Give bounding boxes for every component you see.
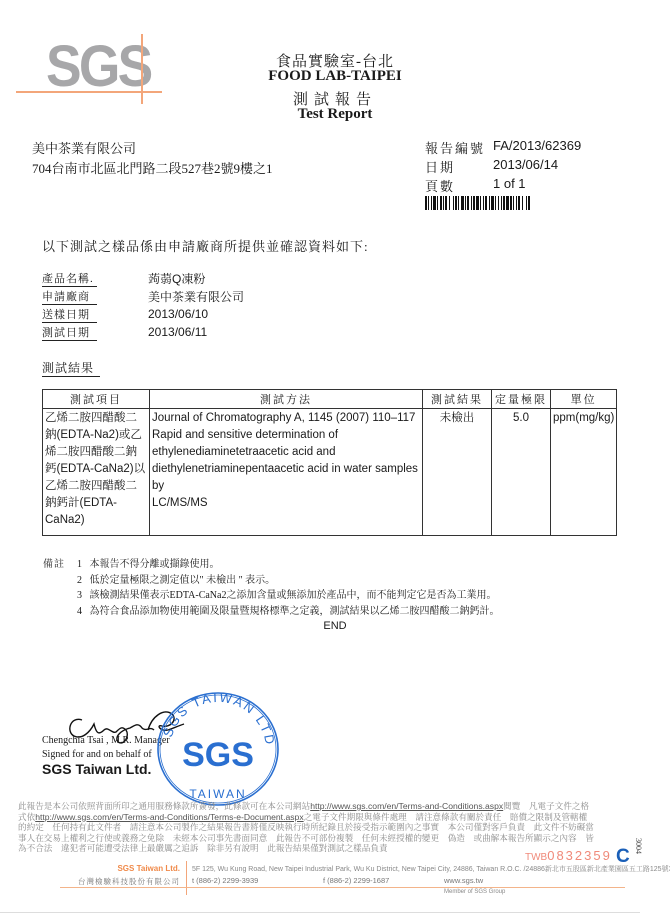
report-title-en: Test Report	[0, 106, 670, 123]
cell-method: Journal of Chromatography A, 1145 (2007)…	[150, 409, 423, 536]
results-title-text: 測試結果	[42, 359, 100, 377]
company-stamp: SGS TAIWAN LTD SGS TAIWAN	[148, 686, 286, 808]
footer-rule	[60, 887, 625, 888]
info-row-received: 送樣日期 2013/06/10	[42, 305, 244, 323]
footer-fax: f (886-2) 2299-1687	[323, 876, 389, 885]
results-title: 測試結果	[42, 359, 100, 377]
meta-value: 2013/06/14	[493, 157, 558, 176]
col-header-loq: 定量極限	[492, 390, 551, 409]
note-item: 2 低於定量極限之測定值以" 未檢出 " 表示。	[77, 573, 500, 589]
info-label: 產品名稱.	[42, 270, 97, 287]
intro-text: 以下測試之樣品係由申請廠商所提供並確認資料如下:	[42, 236, 369, 255]
cell-loq: 5.0	[492, 409, 551, 536]
info-row-applicant: 申請廠商 美中茶業有限公司	[42, 287, 244, 305]
terms-e-document-link[interactable]: http://www.sgs.com/en/Terms-and-Conditio…	[35, 812, 303, 822]
signed-on-behalf: Signed for and on behalf of	[42, 749, 152, 760]
notes: 備註 1 本報告不得分離或擷錄使用。 2 低於定量極限之測定值以" 未檢出 " …	[43, 557, 500, 619]
method-line: ethylenediaminetetraacetic acid and	[152, 444, 420, 461]
client-block: 美中茶業有限公司 704台南市北區北門路二段527巷2號9樓之1	[32, 139, 273, 179]
col-header-unit: 單位	[551, 390, 617, 409]
note-item: 3 該檢測結果僅表示EDTA-CaNa2之添加含量或無添加於產品中，而不能判定它…	[77, 588, 500, 604]
cell-item: 乙烯二胺四醋酸二鈉(EDTA-Na2)或乙烯二胺四醋酸二鈉鈣(EDTA-CaNa…	[43, 409, 150, 536]
info-value: 美中茶業有限公司	[148, 288, 244, 305]
col-header-result: 測試結果	[423, 390, 492, 409]
method-line: Journal of Chromatography A, 1145 (2007)…	[152, 410, 420, 427]
meta-value: 1 of 1	[493, 176, 526, 195]
disclaimer: 此報告是本公司依照背面所印之通用服務條款所簽發，此條款可在本公司網站http:/…	[18, 801, 643, 854]
barcode	[425, 196, 625, 210]
cell-unit: ppm(mg/kg)	[551, 409, 617, 536]
client-address: 704台南市北區北門路二段527巷2號9樓之1	[32, 159, 273, 179]
note-item: 1 本報告不得分離或擷錄使用。	[77, 557, 500, 573]
footer-divider	[186, 861, 187, 895]
results-table: 測試項目 測試方法 測試結果 定量極限 單位 乙烯二胺四醋酸二鈉(EDTA-Na…	[42, 389, 617, 536]
terms-link[interactable]: http://www.sgs.com/en/Terms-and-Conditio…	[310, 801, 503, 811]
method-line: diethylenetriaminepentaacetic acid in wa…	[152, 461, 420, 495]
stamp-center-text: SGS	[182, 736, 254, 774]
footer-company-en: SGS Taiwan Ltd.	[60, 864, 180, 873]
method-line: Rapid and sensitive determination of	[152, 427, 420, 444]
signing-company: SGS Taiwan Ltd.	[42, 761, 151, 777]
meta-value: FA/2013/62369	[493, 138, 581, 157]
footer-website[interactable]: www.sgs.tw	[444, 876, 483, 885]
info-label: 申請廠商	[42, 288, 97, 305]
stamp-bottom-text: TAIWAN	[189, 787, 246, 801]
info-label: 送樣日期	[42, 306, 97, 323]
info-row-tested: 測試日期 2013/06/11	[42, 323, 244, 341]
meta-row-pages: 頁數 1 of 1	[425, 176, 581, 195]
info-value: 2013/06/11	[148, 325, 207, 339]
lab-name-en: FOOD LAB-TAIPEI	[0, 68, 670, 85]
meta-label: 日期	[425, 157, 493, 176]
sample-info: 產品名稱. 蒟蒻Q凍粉 申請廠商 美中茶業有限公司 送樣日期 2013/06/1…	[42, 269, 244, 341]
footer-tel: t (886-2) 2299-3939	[192, 876, 258, 885]
cell-result: 未檢出	[423, 409, 492, 536]
method-line: LC/MS/MS	[152, 495, 420, 512]
serial-number: TWB0832359	[525, 848, 612, 863]
info-value: 蒟蒻Q凍粉	[148, 270, 205, 287]
meta-label: 頁數	[425, 176, 493, 195]
client-name: 美中茶業有限公司	[32, 139, 273, 159]
meta-row-date: 日期 2013/06/14	[425, 157, 581, 176]
footer-member: Member of SGS Group	[444, 889, 505, 895]
footer-address: 5F 125, Wu Kung Road, New Taipei Industr…	[192, 864, 670, 874]
note-item: 4 為符合食品添加物使用範圍及限量暨規格標準之定義，測試結果以乙烯二胺四醋酸二鈉…	[77, 604, 500, 620]
col-header-item: 測試項目	[43, 390, 150, 409]
meta-row-report-no: 報告編號 FA/2013/62369	[425, 138, 581, 157]
report-meta: 報告編號 FA/2013/62369 日期 2013/06/14 頁數 1 of…	[425, 138, 581, 195]
footer-company-cn: 台灣檢驗科技股份有限公司	[60, 876, 180, 887]
info-label: 測試日期	[42, 324, 97, 341]
table-header-row: 測試項目 測試方法 測試結果 定量極限 單位	[43, 390, 617, 409]
notes-label: 備註	[43, 557, 65, 573]
meta-label: 報告編號	[425, 138, 493, 157]
page-bottom-rule	[0, 912, 640, 913]
info-row-product: 產品名稱. 蒟蒻Q凍粉	[42, 269, 244, 287]
col-header-method: 測試方法	[150, 390, 423, 409]
table-row: 乙烯二胺四醋酸二鈉(EDTA-Na2)或乙烯二胺四醋酸二鈉鈣(EDTA-CaNa…	[43, 409, 617, 536]
info-value: 2013/06/10	[148, 307, 208, 321]
side-code: 3004	[634, 838, 643, 854]
end-marker: END	[0, 620, 670, 632]
